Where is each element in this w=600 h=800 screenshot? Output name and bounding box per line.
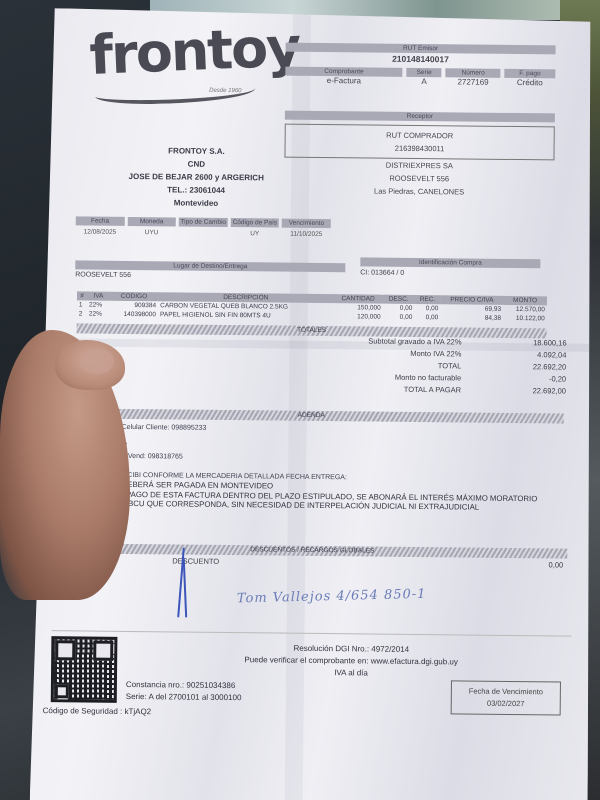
table-cell: 22% [87, 310, 110, 319]
info-value [179, 229, 228, 237]
items-table-wrap: #IVACODIGODESCRIPCIÓNCANTIDADDESC.REC.PR… [77, 291, 547, 338]
rut-comprador-box: RUT COMPRADOR 216398430011 [284, 124, 554, 161]
table-cell: 84,38 [440, 313, 503, 323]
receptor-label: Receptor [285, 111, 555, 123]
table-cell: 10.122,00 [503, 314, 547, 323]
destino-label: Lugar de Destino/Entrega [75, 260, 345, 272]
descuento-label: DESCUENTO [172, 556, 219, 565]
totals-block: Subtotal gravado a IVA 22%18.600,16Monto… [296, 335, 567, 398]
table-cell: 120,000 [333, 312, 383, 322]
table-cell: 0,00 [383, 304, 415, 313]
table-cell: 0,00 [414, 313, 440, 322]
totals-value: 18.600,16 [486, 337, 566, 350]
totals-label: TOTAL A PAGAR [316, 383, 486, 397]
info-value: 12/08/2025 [76, 228, 125, 236]
vencimiento-box: Fecha de Vencimiento 03/02/2027 [451, 680, 561, 715]
thumbnail [80, 348, 114, 374]
table-cell: 2 [77, 309, 87, 318]
info-header: Vencimiento [282, 219, 331, 229]
table-cell: 0,00 [414, 304, 440, 313]
comprobante-value: e-Factura [285, 76, 402, 86]
signature-block: Firma Aclaración Cédula [57, 509, 562, 544]
emisor-block: RUT Emisor 210148140017 Comprobante e-Fa… [285, 43, 555, 88]
items-column-header: REC. [414, 295, 440, 304]
rut-emisor-value: 210148140017 [285, 53, 555, 66]
brand-logo: frontoy [88, 15, 300, 87]
items-column-header: MONTO [503, 296, 547, 305]
items-table: #IVACODIGODESCRIPCIÓNCANTIDADDESC.REC.PR… [77, 291, 547, 323]
footer-divider [51, 630, 571, 636]
identificacion-block: Identificación Compra CI: 013664 / 0 [360, 257, 540, 278]
descuentos-block: DESCUENTOS / RECARGOS GLOBALES DESCUENTO… [57, 543, 567, 569]
info-value: UY [230, 230, 279, 238]
info-header: Tipo de Cambio [179, 217, 228, 227]
table-cell: 1 [77, 300, 87, 309]
serie-label: Serie [407, 68, 442, 77]
info-header: Código de País [230, 218, 279, 228]
issuer-address: JOSE DE BEJAR 2600 y ARGERICH [106, 170, 286, 185]
totals-value: 22.692,00 [486, 385, 566, 398]
fpago-value: Crédito [504, 78, 555, 88]
info-value: 11/10/2025 [282, 231, 331, 239]
table-cell: 140398000 [109, 310, 158, 320]
descuento-value: 0,00 [549, 560, 564, 569]
info-header: Moneda [127, 217, 176, 227]
totals-value: 22.692,20 [486, 361, 566, 374]
identificacion-label: Identificación Compra [360, 257, 540, 268]
vencimiento-label: Fecha de Vencimiento [460, 685, 552, 698]
info-header: Fecha [76, 216, 125, 226]
receptor-block: Receptor RUT COMPRADOR 216398430011 DIST… [284, 111, 555, 200]
issuer-city: Montevideo [106, 196, 286, 211]
totals-value: -0,20 [486, 373, 566, 386]
receptor-city: Las Piedras, CANELONES [284, 184, 554, 200]
serie-rango-text: Serie: A del 2700101 al 3000100 [126, 691, 242, 704]
identificacion-value: CI: 013664 / 0 [360, 269, 540, 278]
table-cell: 0,00 [383, 313, 415, 322]
items-column-header: IVA [87, 292, 110, 301]
table-cell: 22% [87, 301, 110, 310]
items-column-header: # [77, 291, 87, 300]
destino-value: ROOSEVELT 556 [75, 271, 345, 281]
totals-row: TOTAL A PAGAR22.692,00 [296, 383, 566, 398]
destino-block: Lugar de Destino/Entrega ROOSEVELT 556 [75, 260, 345, 281]
totals-value: 4.092,04 [486, 349, 566, 362]
numero-value: 2727169 [446, 77, 501, 87]
qr-code [51, 636, 118, 703]
adenda-bar: ADENDA [59, 408, 564, 423]
issuer-block: FRONTOY S.A. CND JOSE DE BEJAR 2600 y AR… [106, 144, 287, 211]
table-cell: PAPEL HIGIENOL SIN FIN 80MTS 4U [158, 310, 333, 321]
serie-value: A [406, 77, 441, 86]
logo-tagline: Desde 1960 [209, 88, 241, 94]
vencimiento-value: 03/02/2027 [460, 697, 552, 710]
items-column-header: DESC. [383, 295, 415, 304]
rut-comprador-value: 216398430011 [285, 142, 553, 157]
codigo-seguridad: Código de Seguridad : kTjAQ2 [43, 706, 152, 716]
footer-center: Resolución DGI Nro.: 4972/2014 Puede ver… [221, 642, 481, 681]
footer-constancia: Constancia nro.: 90251034386 Serie: A de… [126, 679, 242, 704]
info-grid: FechaMonedaTipo de CambioCódigo de PaísV… [76, 216, 331, 238]
table-cell: 12.570,00 [503, 305, 547, 314]
adenda-block: ADENDA Cliente: 013664 Celular Cliente: … [57, 408, 563, 544]
info-value: UYU [127, 229, 176, 237]
handwritten-note: Tom Vallejos 4/654 850-1 [237, 587, 427, 607]
pen-signature-stroke-2 [183, 558, 188, 618]
